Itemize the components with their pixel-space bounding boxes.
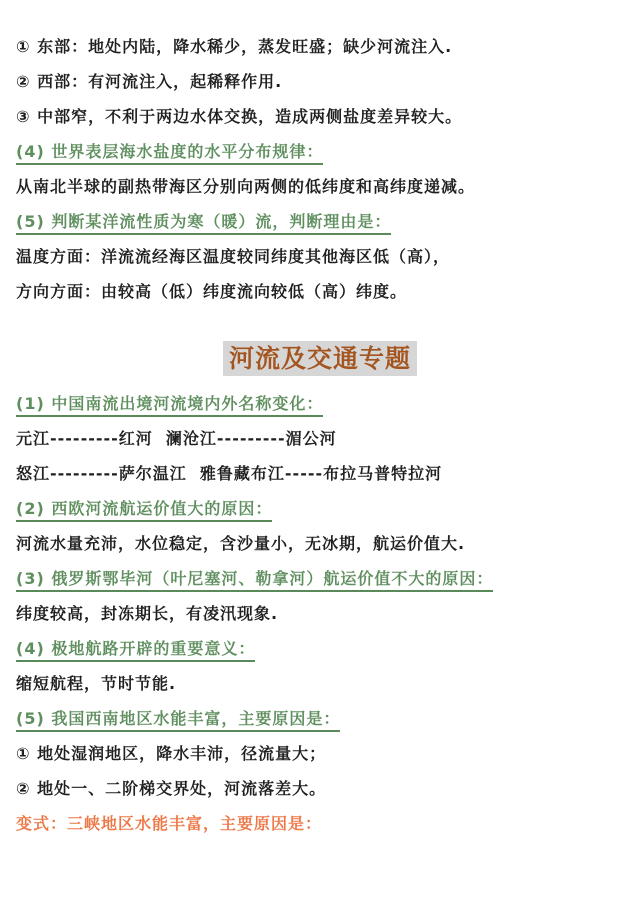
salinity-distribution-answer: 从南北半球的副热带海区分别向两侧的低纬度和高纬度递减。 bbox=[16, 176, 624, 197]
variant-question: 变式：三峡地区水能丰富，主要原因是： bbox=[16, 813, 624, 834]
current-direction-aspect: 方向方面：由较高（低）纬度流向较低（高）纬度。 bbox=[16, 281, 624, 302]
section-title-row: 河流及交通专题 bbox=[16, 341, 624, 379]
heading-southwest-hydropower: (5) 我国西南地区水能丰富，主要原因是： bbox=[16, 708, 624, 729]
heading-russia-rivers-text: (3) 俄罗斯鄂毕河（叶尼塞河、勒拿河）航运价值不大的原因： bbox=[16, 569, 493, 592]
heading-russia-rivers: (3) 俄罗斯鄂毕河（叶尼塞河、勒拿河）航运价值不大的原因： bbox=[16, 568, 624, 589]
heading-current-judgement: (5) 判断某洋流性质为寒（暖）流，判断理由是： bbox=[16, 211, 624, 232]
heading-southwest-hydropower-text: (5) 我国西南地区水能丰富，主要原因是： bbox=[16, 709, 340, 732]
hydropower-reason-2: ② 地处一、二阶梯交界处，河流落差大。 bbox=[16, 778, 624, 799]
heading-west-europe-shipping-text: (2) 西欧河流航运价值大的原因： bbox=[16, 499, 272, 522]
document-page: ① 东部：地处内陆，降水稀少，蒸发旺盛；缺少河流注入. ② 西部：有河流注入，起… bbox=[0, 0, 640, 905]
russia-rivers-answer: 纬度较高，封冻期长，有凌汛现象. bbox=[16, 603, 624, 624]
heading-salinity-distribution: (4) 世界表层海水盐度的水平分布规律： bbox=[16, 141, 624, 162]
ocean-point-east: ① 东部：地处内陆，降水稀少，蒸发旺盛；缺少河流注入. bbox=[16, 36, 624, 57]
ocean-point-middle: ③ 中部窄，不利于两边水体交换，造成两侧盐度差异较大。 bbox=[16, 106, 624, 127]
hydropower-reason-1: ① 地处湿润地区，降水丰沛，径流量大； bbox=[16, 743, 624, 764]
heading-river-name-changes-text: (1) 中国南流出境河流境内外名称变化： bbox=[16, 394, 323, 417]
ocean-salinity-section: ① 东部：地处内陆，降水稀少，蒸发旺盛；缺少河流注入. ② 西部：有河流注入，起… bbox=[16, 36, 624, 302]
ocean-point-west: ② 西部：有河流注入，起稀释作用. bbox=[16, 71, 624, 92]
heading-west-europe-shipping: (2) 西欧河流航运价值大的原因： bbox=[16, 498, 624, 519]
heading-current-judgement-text: (5) 判断某洋流性质为寒（暖）流，判断理由是： bbox=[16, 212, 391, 235]
river-names-row-1: 元江---------红河 澜沧江---------湄公河 bbox=[16, 428, 624, 449]
rivers-transport-section: (1) 中国南流出境河流境内外名称变化： 元江---------红河 澜沧江--… bbox=[16, 393, 624, 834]
heading-polar-route: (4) 极地航路开辟的重要意义： bbox=[16, 638, 624, 659]
heading-polar-route-text: (4) 极地航路开辟的重要意义： bbox=[16, 639, 255, 662]
west-europe-shipping-answer: 河流水量充沛，水位稳定，含沙量小，无冰期，航运价值大. bbox=[16, 533, 624, 554]
heading-river-name-changes: (1) 中国南流出境河流境内外名称变化： bbox=[16, 393, 624, 414]
polar-route-answer: 缩短航程，节时节能. bbox=[16, 673, 624, 694]
section-title: 河流及交通专题 bbox=[223, 341, 417, 376]
current-temperature-aspect: 温度方面：洋流流经海区温度较同纬度其他海区低（高）， bbox=[16, 246, 624, 267]
heading-salinity-distribution-text: (4) 世界表层海水盐度的水平分布规律： bbox=[16, 142, 323, 165]
river-names-row-2: 怒江---------萨尔温江 雅鲁藏布江-----布拉马普特拉河 bbox=[16, 463, 624, 484]
